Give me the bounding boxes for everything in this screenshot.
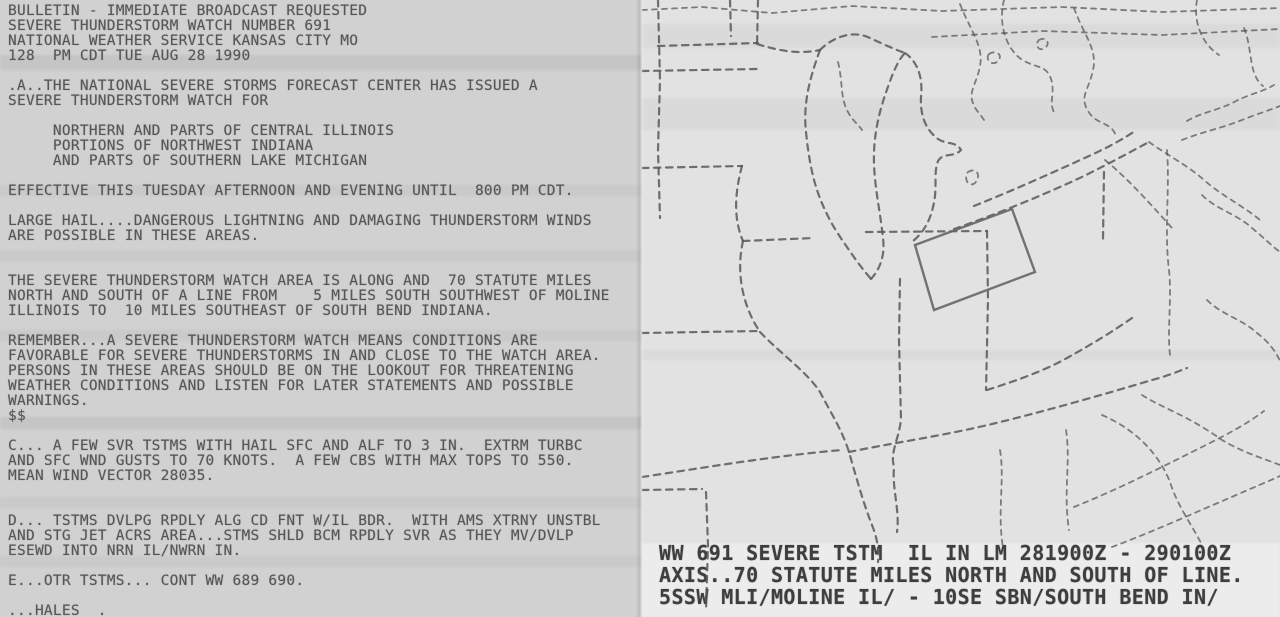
watch-box-outline [915,209,1035,310]
lake-huron-georgian-bay [960,0,1263,184]
scanned-weather-bulletin: BULLETIN - IMMEDIATE BROADCAST REQUESTED… [0,0,1280,617]
scan-band [642,98,1280,130]
bottom-right-borders [1000,150,1280,548]
watch-area-map-page: WW 691 SEVERE TSTM IL IN LM 281900Z - 29… [642,0,1280,617]
map-borders-svg [642,0,1280,617]
bulletin-text: BULLETIN - IMMEDIATE BROADCAST REQUESTED… [8,4,610,617]
lake-michigan-outline [805,34,987,279]
map-caption: WW 691 SEVERE TSTM IL IN LM 281900Z - 29… [659,542,1244,608]
bulletin-page: BULLETIN - IMMEDIATE BROADCAST REQUESTED… [0,0,642,617]
lake-erie-ontario-shorelines [954,85,1280,229]
map-top-border-lines [642,6,1280,37]
river-borders [642,332,1187,562]
central-state-borders [893,172,1132,532]
scan-band [642,24,1280,48]
map-upper-left-borders [642,0,820,333]
scan-band [642,350,1280,360]
